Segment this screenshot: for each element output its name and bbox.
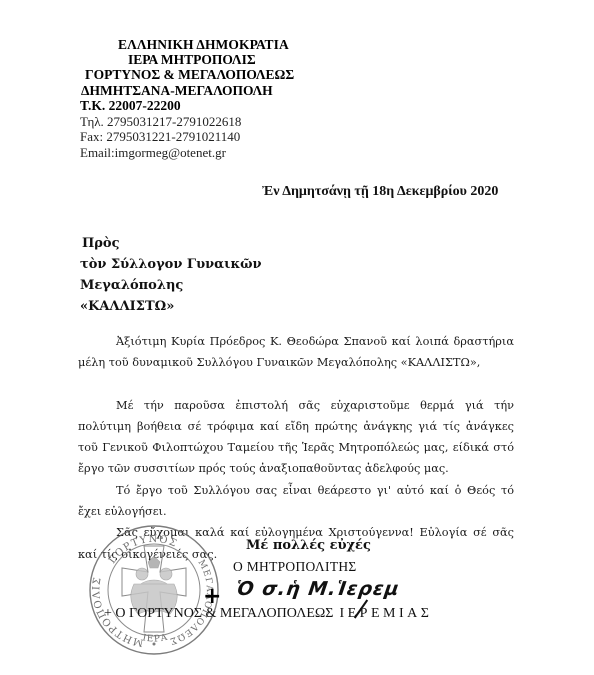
handwritten-signature: Ὁ σ.ἡ Μ.Ἱερεμ xyxy=(234,578,401,600)
letterhead-email: Email:imgormeg@otenet.gr xyxy=(80,145,226,160)
metropolis-seal-stamp-icon: ΓΟΡΤΥΝΟΣ ΜΗΤΡΟΠΟΛΙΣ ΜΕΓΑΛΟΠΟΛΕΩΣ ΙΕΡΑ xyxy=(86,522,222,658)
svg-text:ΙΕΡΑ: ΙΕΡΑ xyxy=(141,633,169,645)
letterhead-city: ΔΗΜΗΤΣΑΝΑ-ΜΕΓΑΛΟΠΟΛΗ xyxy=(81,83,273,98)
body-paragraph-salutation: Ἀξιότιμη Κυρία Πρόεδρος Κ. Θεοδώρα Σπανο… xyxy=(78,331,514,374)
body-paragraph-blessing: Τό ἔργο τοῦ Συλλόγου σας εἶναι θεάρεστο … xyxy=(78,480,514,523)
closing-wishes: Μέ πολλές εὐχές xyxy=(246,538,371,553)
body-paragraph-thanks: Μέ τήν παροῦσα ἐπιστολή σᾶς εὐχαριστοῦμε… xyxy=(78,395,514,480)
closing-title: Ο ΜΗΤΡΟΠΟΛΙΤΗΣ xyxy=(233,559,357,575)
letterhead-phone: Τηλ. 2795031217-2791022618 xyxy=(80,114,241,129)
letter-page: ΕΛΛΗΝΙΚΗ ΔΗΜΟΚΡΑΤΙΑ ΙΕΡΑ ΜΗΤΡΟΠΟΛΙΣ ΓΟΡΤ… xyxy=(0,0,594,675)
signatory-see: + Ο ΓΟΡΤΥΝΟΣ & ΜΕΓΑΛΟΠΟΛΕΩΣ xyxy=(104,606,333,621)
svg-text:ΓΟΡΤΥΝΟΣ: ΓΟΡΤΥΝΟΣ xyxy=(107,534,179,566)
letterhead-fax: Fax: 2795031221-2791021140 xyxy=(80,129,240,144)
date-line: Ἐν Δημητσάνῃ τῇ 18η Δεκεμβρίου 2020 xyxy=(262,184,498,200)
recipient-line-2: Μεγαλόπολης xyxy=(80,275,183,296)
recipient-line-1: τὸν Σύλλογον Γυναικῶν xyxy=(80,254,262,275)
closing-signatory: + Ο ΓΟΡΤΥΝΟΣ & ΜΕΓΑΛΟΠΟΛΕΩΣΙΕΡΕΜΙΑΣ xyxy=(104,606,432,622)
letterhead-metropolis: ΙΕΡΑ ΜΗΤΡΟΠΟΛΙΣ xyxy=(128,52,256,67)
recipient-line-3: «ΚΑΛΛΙΣΤΩ» xyxy=(80,296,174,317)
signatory-name: ΙΕΡΕΜΙΑΣ xyxy=(339,606,432,621)
letterhead-country: ΕΛΛΗΝΙΚΗ ΔΗΜΟΚΡΑΤΙΑ xyxy=(118,37,289,52)
letterhead-postal-code: Τ.Κ. 22007-22200 xyxy=(80,98,181,113)
letterhead-diocese: ΓΟΡΤΥΝΟΣ & ΜΕΓΑΛΟΠΟΛΕΩΣ xyxy=(85,67,294,82)
recipient-prefix: Πρὸς xyxy=(82,233,120,254)
